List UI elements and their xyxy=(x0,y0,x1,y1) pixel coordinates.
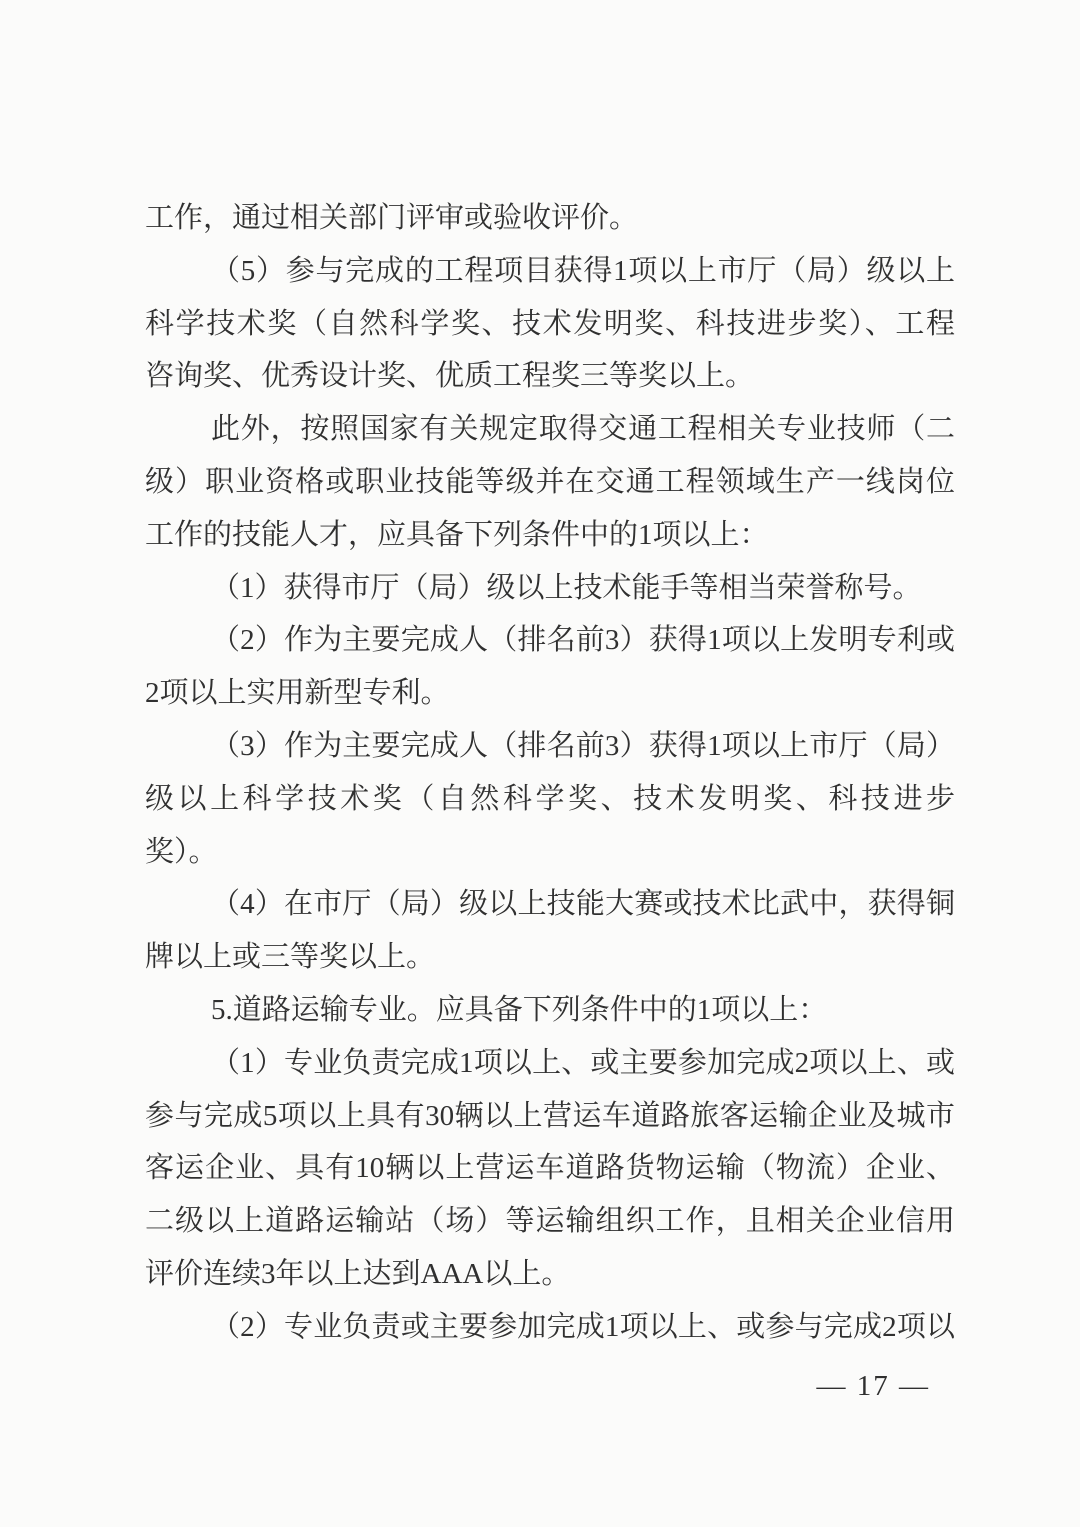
text-line: 参与完成5项以上具有30辆以上营运车道路旅客运输企业及城市 xyxy=(145,1090,955,1143)
text-line: （3）作为主要完成人（排名前3）获得1项以上市厅（局） xyxy=(145,720,955,773)
text-line: （4）在市厅（局）级以上技能大赛或技术比武中，获得铜 xyxy=(145,878,955,931)
text-line: 2项以上实用新型专利。 xyxy=(145,667,955,720)
text-line: 5.道路运输专业。应具备下列条件中的1项以上： xyxy=(145,984,955,1037)
text-line: 二级以上道路运输站（场）等运输组织工作，且相关企业信用 xyxy=(145,1195,955,1248)
text-line: （2）专业负责或主要参加完成1项以上、或参与完成2项以 xyxy=(145,1301,955,1354)
page-number: — 17 — xyxy=(817,1366,931,1406)
text-line: 级以上科学技术奖（自然科学奖、技术发明奖、科技进步 xyxy=(145,773,955,826)
document-page: 工作，通过相关部门评审或验收评价。（5）参与完成的工程项目获得1项以上市厅（局）… xyxy=(0,0,1080,1527)
text-line: 客运企业、具有10辆以上营运车道路货物运输（物流）企业、 xyxy=(145,1142,955,1195)
text-line: 奖）。 xyxy=(145,826,955,879)
text-line: （1）获得市厅（局）级以上技术能手等相当荣誉称号。 xyxy=(145,562,955,615)
text-line: （1）专业负责完成1项以上、或主要参加完成2项以上、或 xyxy=(145,1037,955,1090)
text-line: 工作的技能人才，应具备下列条件中的1项以上： xyxy=(145,509,955,562)
text-line: 评价连续3年以上达到AAA以上。 xyxy=(145,1248,955,1301)
text-line: 工作，通过相关部门评审或验收评价。 xyxy=(145,192,955,245)
text-line: 科学技术奖（自然科学奖、技术发明奖、科技进步奖）、工程 xyxy=(145,298,955,351)
text-line: 级）职业资格或职业技能等级并在交通工程领域生产一线岗位 xyxy=(145,456,955,509)
text-line: （2）作为主要完成人（排名前3）获得1项以上发明专利或 xyxy=(145,614,955,667)
text-line: 此外，按照国家有关规定取得交通工程相关专业技师（二 xyxy=(145,403,955,456)
text-line: （5）参与完成的工程项目获得1项以上市厅（局）级以上 xyxy=(145,245,955,298)
text-line: 牌以上或三等奖以上。 xyxy=(145,931,955,984)
text-line: 咨询奖、优秀设计奖、优质工程奖三等奖以上。 xyxy=(145,350,955,403)
body-text: 工作，通过相关部门评审或验收评价。（5）参与完成的工程项目获得1项以上市厅（局）… xyxy=(145,192,955,1354)
